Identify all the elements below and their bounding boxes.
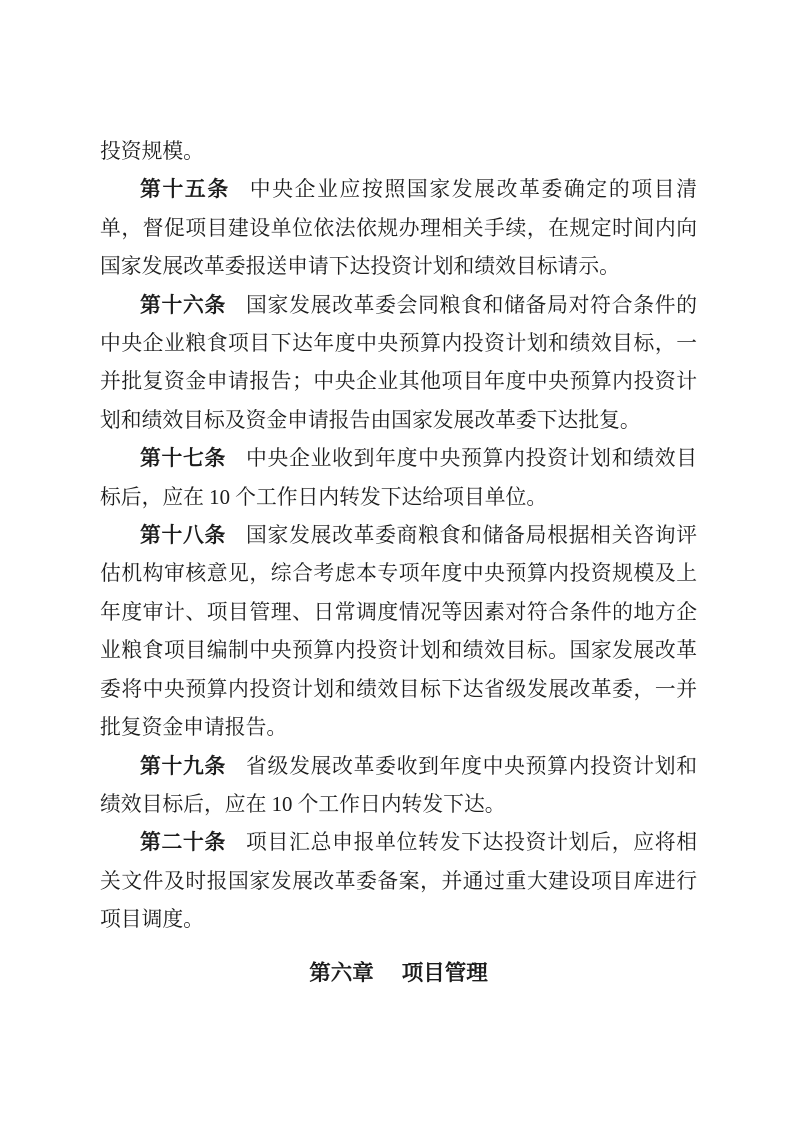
chapter-title: 项目管理: [402, 961, 488, 985]
article-paragraph-18: 第十八条国家发展改革委商粮食和储备局根据相关咨询评估机构审核意见，综合考虑本专项…: [100, 517, 697, 747]
article-paragraph-19: 第十九条省级发展改革委收到年度中央预算内投资计划和绩效目标后，应在 10 个工作…: [100, 748, 697, 825]
article-paragraph-17: 第十七条中央企业收到年度中央预算内投资计划和绩效目标后，应在 10 个工作日内转…: [100, 440, 697, 517]
article-number-17: 第十七条: [140, 447, 226, 470]
article-body-18: 国家发展改革委商粮食和储备局根据相关咨询评估机构审核意见，综合考虑本专项年度中央…: [100, 524, 697, 739]
chapter-heading: 第六章项目管理: [100, 954, 697, 992]
article-number-18: 第十八条: [140, 524, 226, 547]
continuation-paragraph: 投资规模。: [100, 133, 697, 171]
article-paragraph-15: 第十五条中央企业应按照国家发展改革委确定的项目清单，督促项目建设单位依法依规办理…: [100, 171, 697, 286]
document-text-block: 投资规模。 第十五条中央企业应按照国家发展改革委确定的项目清单，督促项目建设单位…: [100, 133, 697, 992]
chapter-number: 第六章: [309, 961, 374, 985]
article-number-19: 第十九条: [140, 755, 226, 778]
article-number-16: 第十六条: [140, 294, 226, 317]
document-page: 投资规模。 第十五条中央企业应按照国家发展改革委确定的项目清单，督促项目建设单位…: [0, 0, 793, 1122]
article-number-15: 第十五条: [140, 178, 230, 201]
article-paragraph-16: 第十六条国家发展改革委会同粮食和储备局对符合条件的中央企业粮食项目下达年度中央预…: [100, 287, 697, 441]
article-paragraph-20: 第二十条项目汇总申报单位转发下达投资计划后，应将相关文件及时报国家发展改革委备案…: [100, 824, 697, 939]
article-number-20: 第二十条: [140, 831, 226, 854]
